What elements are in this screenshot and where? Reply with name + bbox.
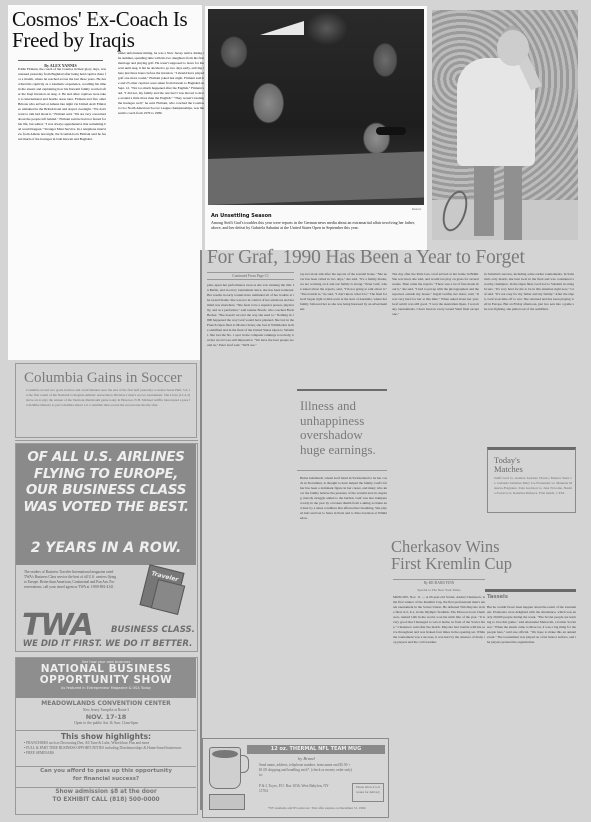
twa-slogan: OF ALL U.S. AIRLINES FLYING TO EUROPE, O… — [20, 449, 192, 515]
nfl-logo-icon — [209, 794, 245, 810]
show-venue-sub: New Jersey Turnpike at Route 3 — [16, 708, 196, 712]
mug-ad: 12 oz. THERMAL NFL TEAM MUG by Brand Sen… — [202, 738, 389, 818]
mug-address: P & L Toyes, P.O. Box 1036, West Babylon… — [259, 784, 329, 794]
graf-headline: For Graf, 1990 Has Been a Year to Forget — [207, 247, 525, 269]
todays-matches-box: Today's Matches Steffi Graf vs. Arantxa … — [487, 447, 576, 513]
show-sub: As featured in Entrepreneur Magazine & U… — [16, 686, 196, 690]
photo-credit: Reuters — [412, 207, 421, 211]
show-dates: NOV. 17-18 — [16, 713, 196, 721]
show-admission: Show admission $8 at the door TO EXHIBIT… — [16, 787, 196, 804]
twa-business-class: BUSINESS CLASS. — [111, 625, 195, 635]
sunglasses-shape — [376, 127, 406, 135]
twa-slogan-line: WAS VOTED THE BEST. — [20, 499, 192, 516]
graf-column-1: Continued From Page C1 plan, upset her p… — [207, 272, 294, 742]
continued-label: Continued From Page C1 — [207, 272, 294, 280]
headline-line: Cherkasov Wins — [391, 538, 512, 555]
photo-tennis-player — [432, 10, 578, 240]
sidebar-title: Tassels — [487, 594, 508, 600]
graf-column-4: in Sabatini's success, including some ea… — [484, 272, 574, 444]
show-header: See how your own business NATIONAL BUSIN… — [16, 658, 196, 698]
show-hours: Open to the public Sat. & Sun. 11am-6pm — [16, 721, 196, 725]
graf-column-2-bottom: Heinz Günthardt, whom Graf hired in Swit… — [300, 476, 387, 728]
matches-body: Steffi Graf vs. Arantxa Sanchez Vicario;… — [494, 476, 572, 514]
twa-banner: OF ALL U.S. AIRLINES FLYING TO EUROPE, O… — [16, 444, 196, 565]
sidebar-rule — [485, 589, 576, 592]
twa-slogan-line: OF ALL U.S. AIRLINES — [20, 449, 192, 466]
question-line: for financial success? — [16, 776, 196, 784]
graf-column-3: The day after the Paris loss, Graf arriv… — [392, 272, 479, 512]
columbia-brief: Columbia Gains in Soccer Columbia scored… — [15, 363, 197, 438]
photo-caption-title: An Unsettling Season — [211, 213, 272, 219]
mug-title: 12 oz. THERMAL NFL TEAM MUG — [247, 745, 385, 754]
mug-shipping-note: Please allow 4 to 6 weeks for delivery — [352, 783, 384, 802]
photo-image — [208, 9, 424, 205]
show-highlights: • FRANCHISES such as Decorating Den, All… — [24, 741, 189, 756]
magazine-cover-icon: Traveler — [134, 568, 184, 613]
mug-order-text: Send name, address, telephone number, te… — [259, 763, 354, 777]
divider — [15, 440, 198, 441]
graf-column-2-top: top two-hour talk after the reports of t… — [300, 272, 387, 356]
twa-slogan-line: OUR BUSINESS CLASS — [20, 482, 192, 499]
show-question: Can you afford to pass up this opportuni… — [16, 766, 196, 783]
cosmos-column-1: Eddie Firmani, the coach of the Cosmos i… — [18, 67, 106, 357]
cosmos-headline: Cosmos' Ex-Coach Is Freed by Iraqis — [12, 9, 202, 51]
pull-quote: Illness and unhappiness overshadow huge … — [297, 389, 387, 471]
twa-slogan-line: FLYING TO EUROPE, — [20, 466, 192, 483]
graf-column-1-text: plan, upset her performance even as she … — [207, 283, 294, 743]
photo-caption: Among Steffi Graf's troubles this year w… — [211, 220, 423, 230]
cherkasov-dateline: Special to The New York Times — [393, 588, 485, 592]
column-divider — [200, 250, 202, 810]
pull-quote-text: Illness and unhappiness overshadow huge … — [300, 399, 387, 457]
headline-line: First Kremlin Cup — [391, 555, 512, 572]
business-show-ad: See how your own business NATIONAL BUSIN… — [15, 657, 198, 815]
admission-line: Show admission $8 at the door — [16, 789, 196, 797]
photo-unsettling-season: Reuters An Unsettling Season Among Steff… — [205, 6, 427, 250]
highlight-item: • FREE SEMINARS — [24, 751, 189, 756]
mug-brand: by Brand — [298, 756, 315, 761]
twa-tagline: WE DID IT FIRST. WE DO IT BETTER. — [20, 639, 195, 649]
twa-ad: OF ALL U.S. AIRLINES FLYING TO EUROPE, O… — [15, 443, 198, 652]
twa-years: 2 YEARS IN A ROW. — [20, 540, 192, 556]
columbia-body: Columbia scored two goals in three and a… — [26, 388, 190, 434]
cosmos-article: Cosmos' Ex-Coach Is Freed by Iraqis By A… — [8, 5, 202, 360]
show-highlights-title: This show highlights: — [16, 730, 196, 741]
admission-line: TO EXHIBIT CALL (818) 500-0000 — [16, 797, 196, 805]
mug-icon — [209, 747, 241, 789]
matches-title-line: Matches — [494, 465, 523, 474]
matches-title: Today's Matches — [494, 456, 523, 474]
show-venue: MEADOWLANDS CONVENTION CENTER — [16, 700, 196, 707]
columbia-title: Columbia Gains in Soccer — [24, 370, 182, 387]
cherkasov-headline: Cherkasov Wins First Kremlin Cup — [391, 538, 512, 572]
cherkasov-column-2: But he couldn't have been happier about … — [487, 605, 576, 815]
twa-logo: TWA — [22, 612, 92, 640]
mug-note: *NY residents add 8% sales tax. This off… — [247, 806, 387, 810]
cherkasov-byline: By RICHARD FINN — [393, 579, 485, 585]
show-name: OPPORTUNITY SHOW — [16, 675, 196, 686]
cosmos-column-2: under unfortunate timing, he was a New J… — [118, 51, 204, 357]
cherkasov-column-1: MOSCOW, Nov. 11 — A 20-year-old Soviet, … — [393, 595, 485, 815]
question-line: Can you afford to pass up this opportuni… — [16, 768, 196, 776]
